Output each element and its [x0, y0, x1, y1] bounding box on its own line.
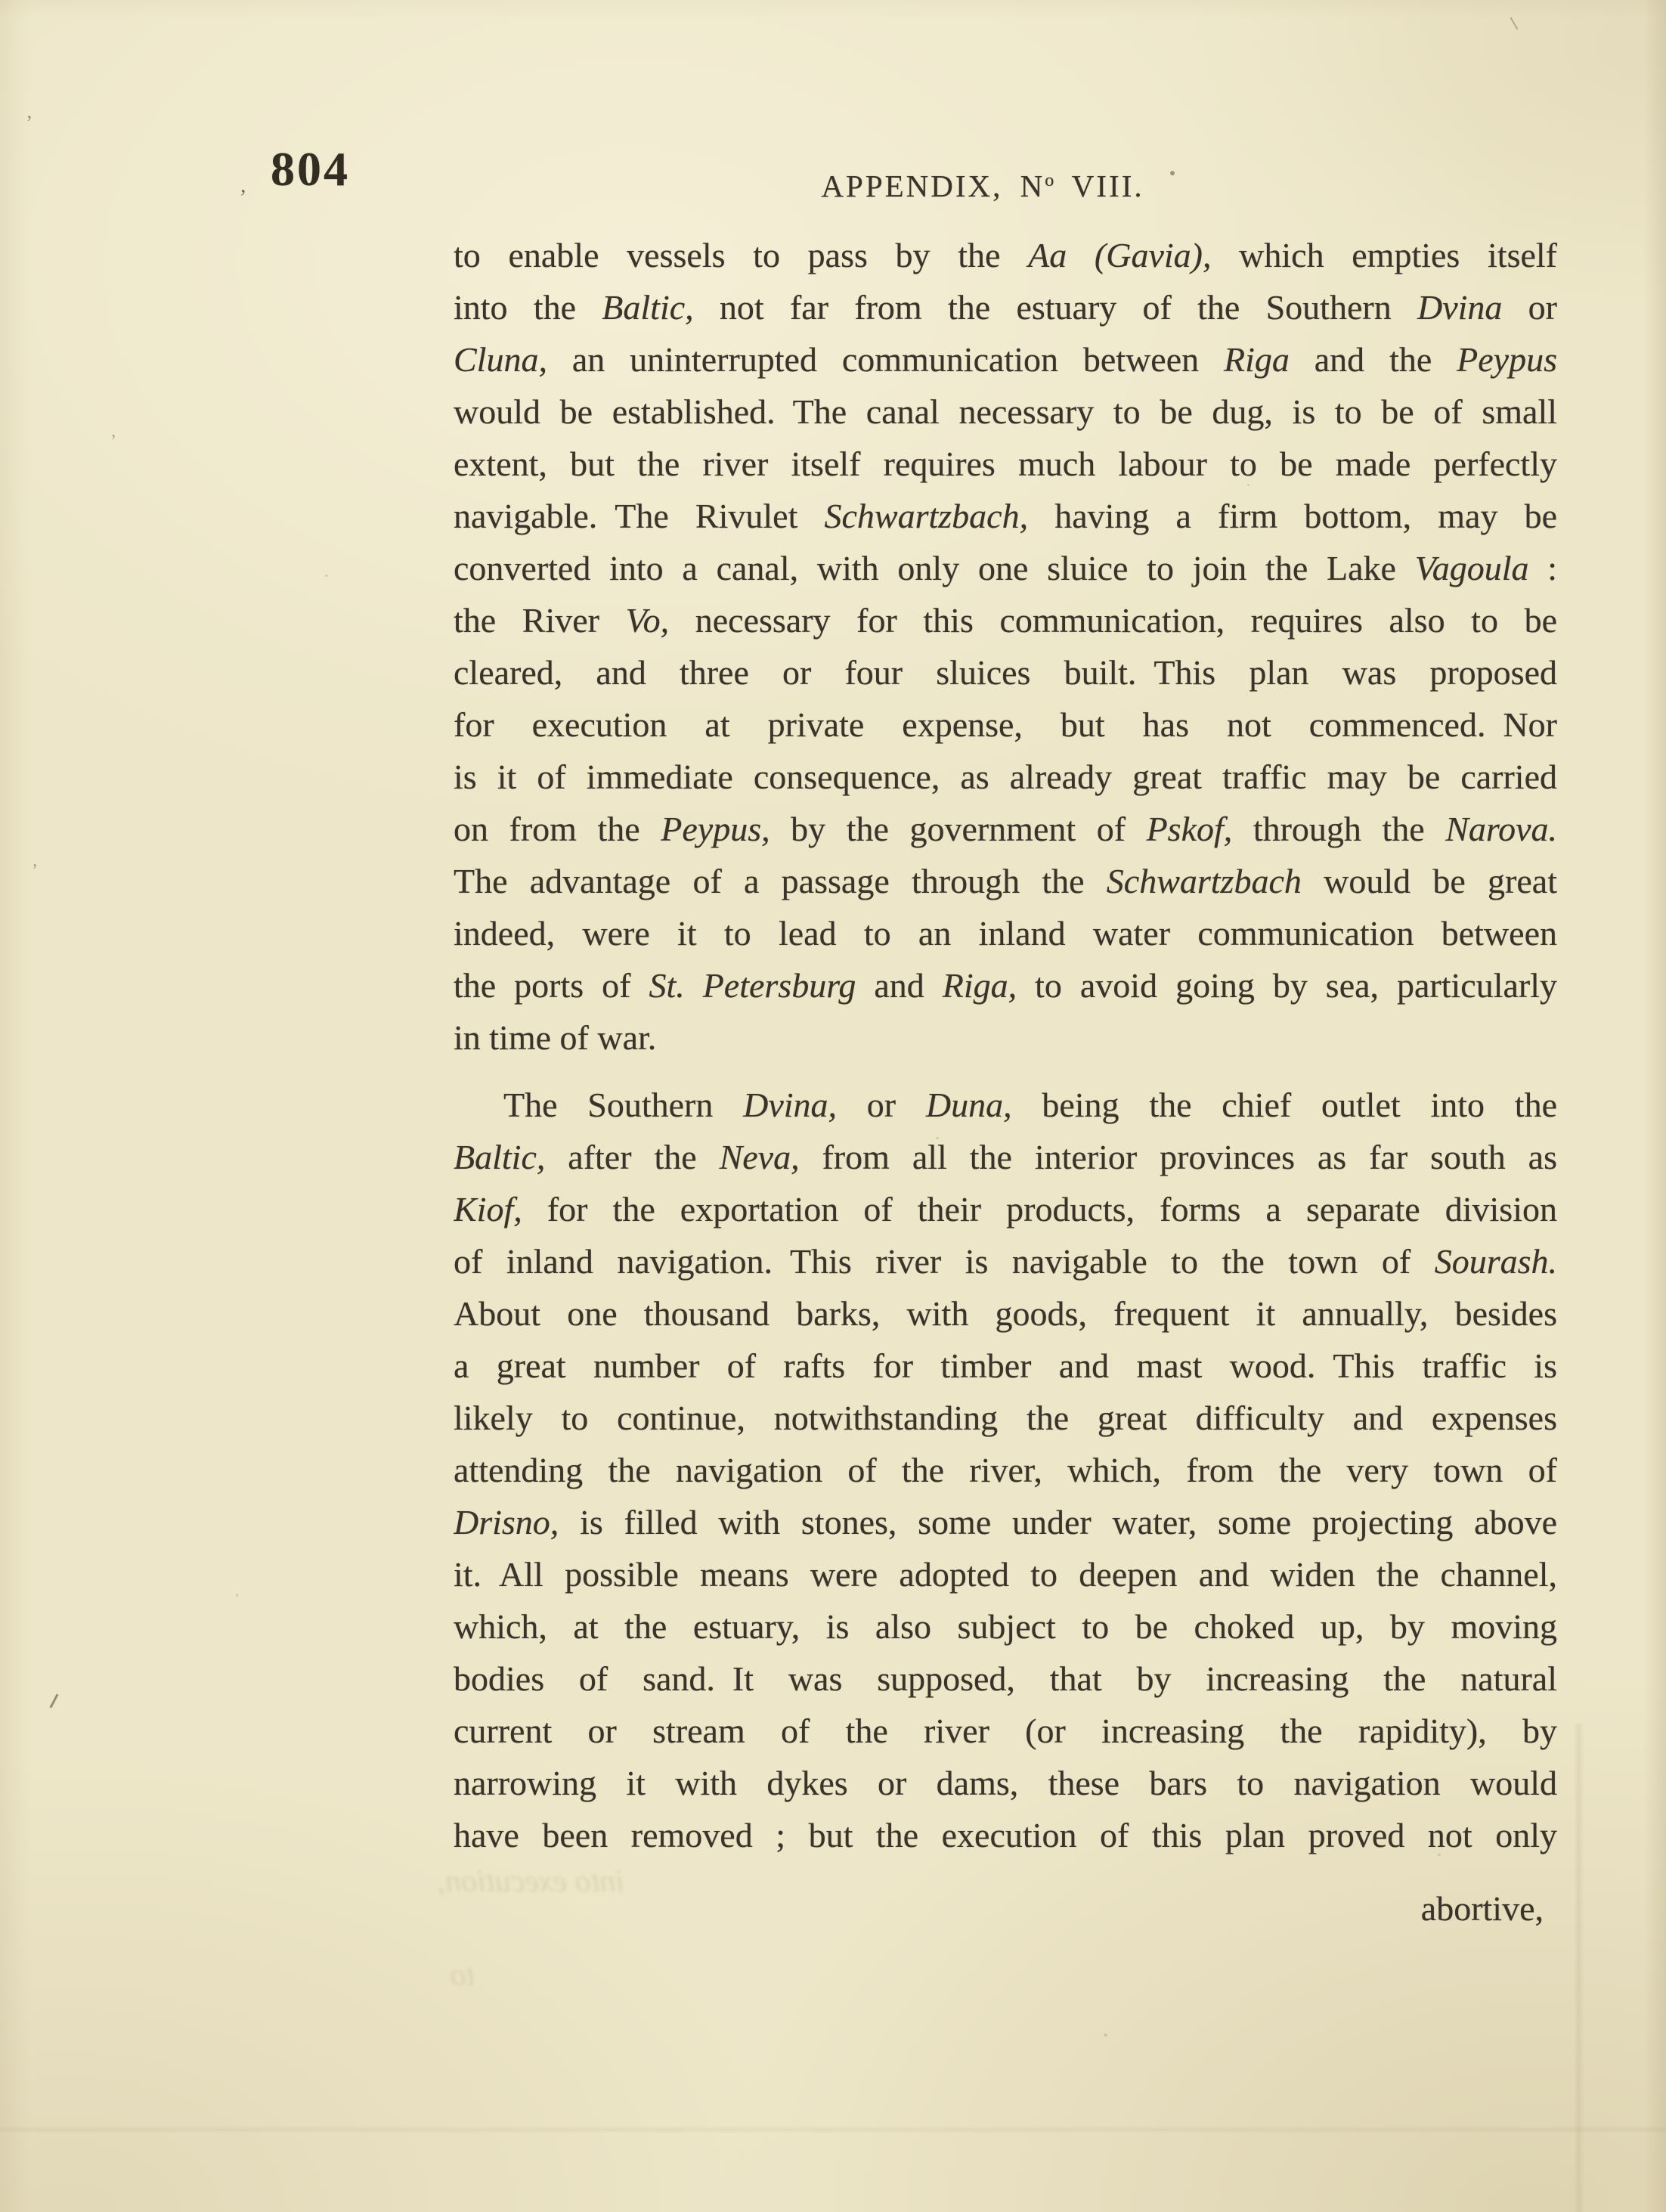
ink-speck	[1170, 171, 1175, 175]
italic-text: Schwartzbach,	[824, 497, 1028, 535]
roman-text: it. All possible means were adopted to d…	[454, 1555, 1557, 1594]
text-line: narrowing it with dykes or dams, these b…	[454, 1757, 1557, 1809]
text-line: would be established. The canal necessar…	[454, 386, 1557, 438]
roman-text: or	[1502, 288, 1557, 327]
text-line: of inland navigation. This river is navi…	[454, 1235, 1557, 1287]
ghost-showthrough: into execution,	[420, 1866, 624, 1898]
text-line: for execution at private expense, but ha…	[454, 699, 1557, 751]
roman-text: About one thousand barks, with goods, fr…	[454, 1294, 1557, 1333]
page-number: 804	[271, 145, 350, 194]
roman-text: and	[856, 966, 942, 1005]
roman-text: by the government of	[770, 810, 1147, 848]
text-line: likely to continue, notwithstanding the …	[454, 1392, 1557, 1444]
roman-text: would be established. The canal necessar…	[454, 392, 1557, 431]
text-line: navigable. The Rivulet Schwartzbach, hav…	[454, 490, 1557, 542]
italic-text: Neva,	[720, 1138, 800, 1176]
italic-text: Baltic,	[454, 1138, 545, 1176]
italic-text: Pskof,	[1147, 810, 1233, 848]
italic-text: Riga	[1224, 340, 1290, 379]
text-line: it. All possible means were adopted to d…	[454, 1548, 1557, 1600]
running-head-superscript: o	[1045, 171, 1054, 191]
italic-text: Peypus,	[661, 810, 770, 848]
roman-text: or	[837, 1086, 926, 1124]
paper-fiber	[236, 1594, 238, 1597]
book-page-scan: 804 APPENDIX, No VIII. to enable vessels…	[0, 0, 1666, 2212]
ink-speck: ’	[26, 113, 33, 135]
roman-text: is it of immediate consequence, as alrea…	[454, 757, 1557, 796]
text-line: the ports of St. Petersburg and Riga, to…	[454, 959, 1557, 1012]
roman-text: necessary for this communication, requir…	[669, 601, 1557, 640]
text-line: into the Baltic, not far from the estuar…	[454, 281, 1557, 333]
italic-text: Dvina	[1417, 288, 1502, 327]
text-line: the River Vo, necessary for this communi…	[454, 594, 1557, 646]
roman-text: would be great	[1302, 862, 1557, 900]
roman-text: converted into a canal, with only one sl…	[454, 549, 1415, 587]
text-line: in time of war.	[454, 1012, 1557, 1064]
text-line: attending the navigation of the river, w…	[454, 1444, 1557, 1496]
italic-text: Drisno,	[454, 1503, 559, 1541]
paper-fiber	[670, 266, 672, 268]
roman-text: an uninterrupted communication between	[547, 340, 1224, 379]
text-line: bodies of sand. It was supposed, that by…	[454, 1653, 1557, 1705]
text-line: converted into a canal, with only one sl…	[454, 542, 1557, 594]
paper-crease-vertical	[1574, 1724, 1584, 2212]
roman-text: to enable vessels to pass by the	[454, 236, 1028, 274]
roman-text: the River	[454, 601, 626, 640]
paper-fiber	[1438, 1854, 1441, 1856]
roman-text: extent, but the river itself requires mu…	[454, 445, 1557, 483]
text-line: Baltic, after the Neva, from all the int…	[454, 1131, 1557, 1183]
roman-text: attending the navigation of the river, w…	[454, 1451, 1557, 1489]
text-line: extent, but the river itself requires mu…	[454, 438, 1557, 490]
roman-text: The Southern	[503, 1086, 743, 1124]
ink-speck	[49, 1693, 58, 1708]
italic-text: Cluna,	[454, 340, 547, 379]
running-head: APPENDIX, No VIII.	[431, 171, 1534, 202]
roman-text: likely to continue, notwithstanding the …	[454, 1399, 1557, 1437]
roman-text: after the	[545, 1138, 719, 1176]
text-line: on from the Peypus, by the government of…	[454, 803, 1557, 855]
italic-text: Peypus	[1457, 340, 1557, 379]
roman-text: being the chief outlet into the	[1012, 1086, 1557, 1124]
text-line: current or stream of the river (or incre…	[454, 1705, 1557, 1757]
italic-text: Baltic,	[602, 288, 693, 327]
text-line: Drisno, is filled with stones, some unde…	[454, 1496, 1557, 1548]
roman-text: indeed, were it to lead to an inland wat…	[454, 914, 1557, 953]
text-line: Cluna, an uninterrupted communication be…	[454, 333, 1557, 386]
italic-text: Vo,	[626, 601, 670, 640]
italic-text: Kiof,	[454, 1190, 522, 1228]
roman-text: which, at the estuary, is also subject t…	[454, 1607, 1557, 1646]
running-head-text: APPENDIX, N	[821, 169, 1045, 203]
roman-text: in time of war.	[454, 1018, 656, 1057]
ink-speck: ’	[32, 862, 38, 880]
text-line: About one thousand barks, with goods, fr…	[454, 1287, 1557, 1340]
italic-text: Schwartzbach	[1107, 862, 1302, 900]
paper-fiber	[325, 575, 328, 577]
roman-text: bodies of sand. It was supposed, that by…	[454, 1659, 1557, 1698]
roman-text: on from the	[454, 810, 661, 848]
text-line: have been removed ; but the execution of…	[454, 1809, 1557, 1861]
ink-speck: ’	[110, 432, 116, 451]
body-text: to enable vessels to pass by the Aa (Gav…	[454, 229, 1557, 1935]
roman-text: of inland navigation. This river is navi…	[454, 1242, 1435, 1281]
roman-text: having a firm bottom, may be	[1028, 497, 1557, 535]
roman-text: current or stream of the river (or incre…	[454, 1712, 1557, 1750]
text-line: a great number of rafts for timber and m…	[454, 1340, 1557, 1392]
italic-text: St. Petersburg	[649, 966, 856, 1005]
paper-fiber	[936, 1137, 939, 1139]
roman-text: The advantage of a passage through the	[454, 862, 1107, 900]
text-line: The advantage of a passage through the S…	[454, 855, 1557, 907]
roman-text: from all the interior provinces as far s…	[800, 1138, 1557, 1176]
roman-text: for execution at private expense, but ha…	[454, 705, 1557, 744]
roman-text: through the	[1232, 810, 1445, 848]
ghost-showthrough: to	[429, 1960, 475, 1991]
roman-text: :	[1528, 549, 1557, 587]
roman-text: narrowing it with dykes or dams, these b…	[454, 1764, 1557, 1802]
text-line: indeed, were it to lead to an inland wat…	[454, 907, 1557, 959]
italic-text: Narova.	[1445, 810, 1557, 848]
roman-text: navigable. The Rivulet	[454, 497, 824, 535]
paper-fiber	[1104, 2034, 1107, 2037]
roman-text: the ports of	[454, 966, 649, 1005]
text-line: The Southern Dvina, or Duna, being the c…	[454, 1079, 1557, 1131]
roman-text: a great number of rafts for timber and m…	[454, 1346, 1557, 1385]
roman-text: which empties itself	[1211, 236, 1557, 274]
paragraph: The Southern Dvina, or Duna, being the c…	[454, 1079, 1557, 1861]
text-line: to enable vessels to pass by the Aa (Gav…	[454, 229, 1557, 281]
italic-text: Aa (Gavia),	[1028, 236, 1211, 274]
roman-text: and the	[1290, 340, 1457, 379]
paper-fiber	[1247, 484, 1249, 486]
running-head-number: VIII.	[1054, 169, 1144, 203]
italic-text: Riga,	[943, 966, 1017, 1005]
roman-text: have been removed ; but the execution of…	[454, 1816, 1557, 1854]
ink-speck	[1510, 17, 1519, 30]
text-line: is it of immediate consequence, as alrea…	[454, 751, 1557, 803]
roman-text: cleared, and three or four sluices built…	[454, 653, 1557, 692]
paper-crease-horizontal	[0, 2126, 1666, 2133]
roman-text: is filled with stones, some under water,…	[559, 1503, 1557, 1541]
roman-text: into the	[454, 288, 602, 327]
roman-text: for the exportation of their products, f…	[522, 1190, 1557, 1228]
italic-text: Dvina,	[743, 1086, 837, 1124]
roman-text: to avoid going by sea, particularly	[1017, 966, 1557, 1005]
text-line: cleared, and three or four sluices built…	[454, 646, 1557, 699]
ink-speck: ,	[240, 174, 246, 197]
italic-text: Sourash.	[1435, 1242, 1557, 1281]
italic-text: Duna,	[926, 1086, 1012, 1124]
text-line: which, at the estuary, is also subject t…	[454, 1600, 1557, 1653]
paragraph: to enable vessels to pass by the Aa (Gav…	[454, 229, 1557, 1064]
italic-text: Vagoula	[1415, 549, 1529, 587]
text-line: Kiof, for the exportation of their produ…	[454, 1183, 1557, 1235]
roman-text: not far from the estuary of the Southern	[694, 288, 1417, 327]
